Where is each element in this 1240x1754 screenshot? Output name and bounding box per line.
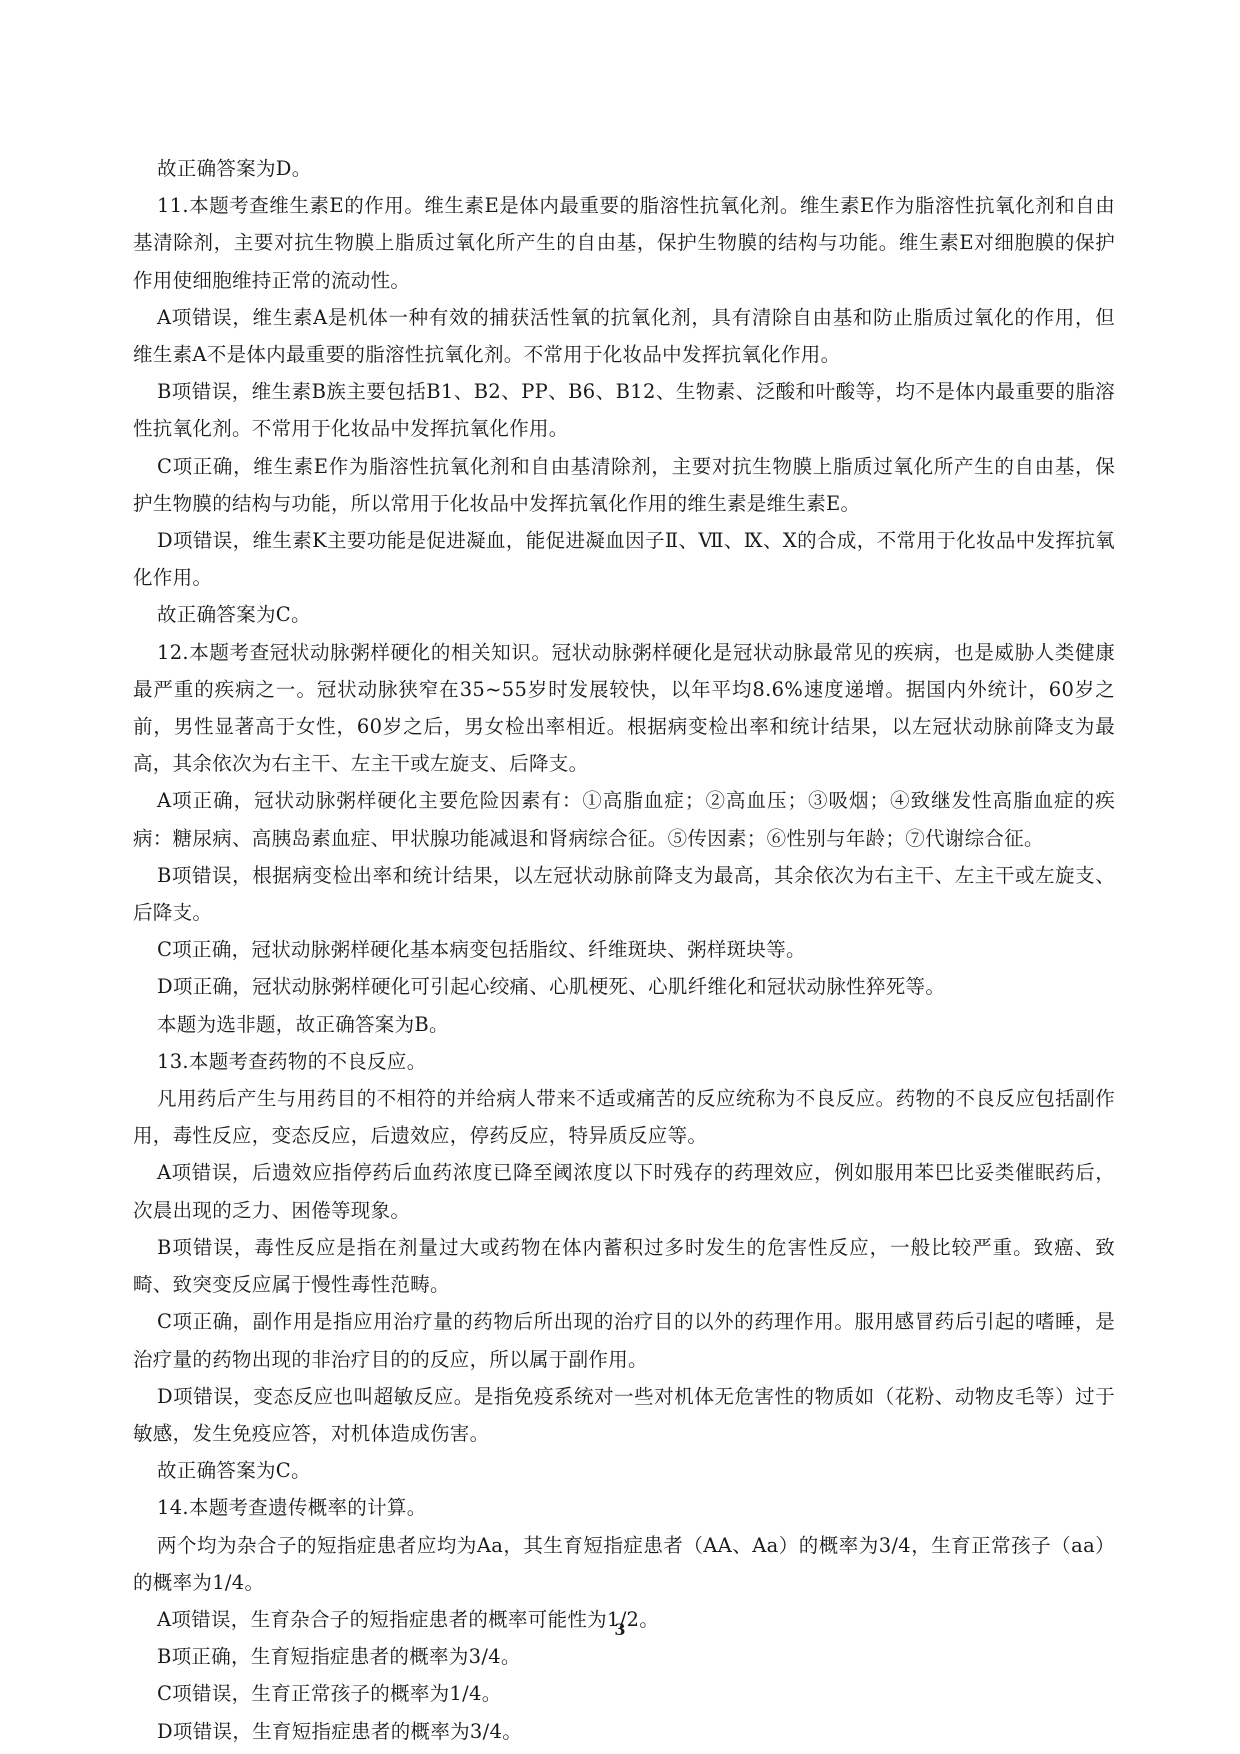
paragraph-q12-option-c: C项正确，冠状动脉粥样硬化基本病变包括脂纹、纤维斑块、粥样斑块等。 [133,931,1115,968]
paragraph-q11-intro: 11.本题考查维生素E的作用。维生素E是体内最重要的脂溶性抗氧化剂。维生素E作为… [133,187,1115,299]
paragraph-q13-option-a: A项错误，后遗效应指停药后血药浓度已降至阈浓度以下时残存的药理效应，例如服用苯巴… [133,1154,1115,1228]
paragraph-answer-10: 故正确答案为D。 [133,150,1115,187]
document-body: 故正确答案为D。 11.本题考查维生素E的作用。维生素E是体内最重要的脂溶性抗氧… [133,150,1115,1750]
paragraph-answer-12: 本题为选非题，故正确答案为B。 [133,1006,1115,1043]
paragraph-q12-option-b: B项错误，根据病变检出率和统计结果，以左冠状动脉前降支为最高，其余依次为右主干、… [133,857,1115,931]
paragraph-q13-definition: 凡用药后产生与用药目的不相符的并给病人带来不适或痛苦的反应统称为不良反应。药物的… [133,1080,1115,1154]
paragraph-q11-option-d: D项错误，维生素K主要功能是促进凝血，能促进凝血因子Ⅱ、Ⅶ、Ⅸ、Ⅹ的合成，不常用… [133,522,1115,596]
paragraph-answer-13: 故正确答案为C。 [133,1452,1115,1489]
paragraph-q14-option-d: D项错误，生育短指症患者的概率为3/4。 [133,1713,1115,1750]
paragraph-q12-option-a: A项正确，冠状动脉粥样硬化主要危险因素有：①高脂血症；②高血压；③吸烟；④致继发… [133,782,1115,856]
paragraph-q14-explanation: 两个均为杂合子的短指症患者应均为Aa，其生育短指症患者（AA、Aa）的概率为3/… [133,1527,1115,1601]
paragraph-q13-option-b: B项错误，毒性反应是指在剂量过大或药物在体内蓄积过多时发生的危害性反应，一般比较… [133,1229,1115,1303]
paragraph-q14-option-b: B项正确，生育短指症患者的概率为3/4。 [133,1638,1115,1675]
paragraph-q13-option-c: C项正确，副作用是指应用治疗量的药物后所出现的治疗目的以外的药理作用。服用感冒药… [133,1303,1115,1377]
paragraph-q11-option-b: B项错误，维生素B族主要包括B1、B2、PP、B6、B12、生物素、泛酸和叶酸等… [133,373,1115,447]
paragraph-q11-option-a: A项错误，维生素A是机体一种有效的捕获活性氧的抗氧化剂，具有清除自由基和防止脂质… [133,299,1115,373]
paragraph-q13-option-d: D项错误，变态反应也叫超敏反应。是指免疫系统对一些对机体无危害性的物质如（花粉、… [133,1378,1115,1452]
paragraph-q11-option-c: C项正确，维生素E作为脂溶性抗氧化剂和自由基清除剂，主要对抗生物膜上脂质过氧化所… [133,448,1115,522]
paragraph-q14-option-c: C项错误，生育正常孩子的概率为1/4。 [133,1675,1115,1712]
paragraph-q14-intro: 14.本题考查遗传概率的计算。 [133,1489,1115,1526]
paragraph-q13-intro: 13.本题考查药物的不良反应。 [133,1043,1115,1080]
paragraph-q12-option-d: D项正确，冠状动脉粥样硬化可引起心绞痛、心肌梗死、心肌纤维化和冠状动脉性猝死等。 [133,968,1115,1005]
paragraph-answer-11: 故正确答案为C。 [133,596,1115,633]
page-number: 3 [0,1620,1240,1639]
paragraph-q12-intro: 12.本题考查冠状动脉粥样硬化的相关知识。冠状动脉粥样硬化是冠状动脉最常见的疾病… [133,634,1115,783]
